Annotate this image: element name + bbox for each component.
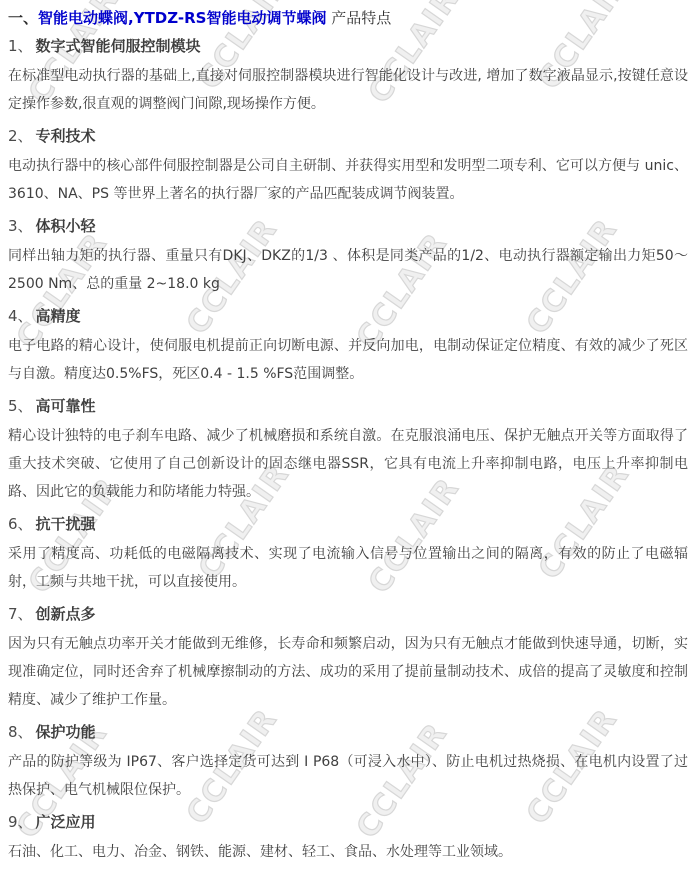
section-paragraph: 同样出轴力矩的执行器、重量只有DKJ、DKZ的1/3 、体积是同类产品的1/2、… <box>8 242 688 298</box>
section-heading: 8、保护功能 <box>8 722 688 742</box>
section-title: 创新点多 <box>36 605 96 623</box>
section-heading: 2、专利技术 <box>8 126 688 146</box>
feature-section: 7、创新点多 因为只有无触点功率开关才能做到无维修，长寿命和频繁启动，因为只有无… <box>8 604 688 714</box>
section-number: 8、 <box>8 723 33 741</box>
section-paragraph: 因为只有无触点功率开关才能做到无维修，长寿命和频繁启动，因为只有无触点才能做到快… <box>8 630 688 714</box>
section-number: 6、 <box>8 515 33 533</box>
feature-section: 2、专利技术 电动执行器中的核心部件伺服控制器是公司自主研制、并获得实用型和发明… <box>8 126 688 208</box>
section-number: 7、 <box>8 605 33 623</box>
section-title: 广泛应用 <box>36 813 96 831</box>
section-paragraph: 采用了精度高、功耗低的电磁隔离技术、实现了电流输入信号与位置输出之间的隔离，有效… <box>8 540 688 596</box>
page-title: 一、智能电动蝶阀,YTDZ-RS智能电动调节蝶阀 产品特点 <box>8 8 688 28</box>
section-heading: 6、抗干扰强 <box>8 514 688 534</box>
section-title: 专利技术 <box>36 127 96 145</box>
feature-section: 5、高可靠性 精心设计独特的电子刹车电路、减少了机械磨损和系统自激。在克服浪涌电… <box>8 396 688 506</box>
section-paragraph: 石油、化工、电力、冶金、钢铁、能源、建材、轻工、食品、水处理等工业领域。 <box>8 838 688 866</box>
section-heading: 4、高精度 <box>8 306 688 326</box>
section-title: 保护功能 <box>36 723 96 741</box>
feature-section: 4、高精度 电子电路的精心设计，使伺服电机提前正向切断电源、并反向加电，电制动保… <box>8 306 688 388</box>
section-heading: 9、广泛应用 <box>8 812 688 832</box>
feature-sections: 1、数字式智能伺服控制模块 在标准型电动执行器的基础上,直接对伺服控制器模块进行… <box>8 36 688 866</box>
section-title: 高可靠性 <box>36 397 96 415</box>
section-title: 抗干扰强 <box>36 515 96 533</box>
section-paragraph: 精心设计独特的电子刹车电路、减少了机械磨损和系统自激。在克服浪涌电压、保护无触点… <box>8 422 688 506</box>
section-title: 体积小轻 <box>36 217 96 235</box>
section-number: 5、 <box>8 397 33 415</box>
title-index: 一、 <box>8 9 38 27</box>
section-heading: 3、体积小轻 <box>8 216 688 236</box>
feature-section: 8、保护功能 产品的防护等级为 IP67、客户选择定货可达到 I P68（可浸入… <box>8 722 688 804</box>
section-title: 高精度 <box>36 307 81 325</box>
section-paragraph: 产品的防护等级为 IP67、客户选择定货可达到 I P68（可浸入水中）、防止电… <box>8 748 688 804</box>
title-product-link[interactable]: 智能电动蝶阀,YTDZ-RS智能电动调节蝶阀 <box>38 9 326 27</box>
section-number: 3、 <box>8 217 33 235</box>
section-heading: 7、创新点多 <box>8 604 688 624</box>
feature-section: 1、数字式智能伺服控制模块 在标准型电动执行器的基础上,直接对伺服控制器模块进行… <box>8 36 688 118</box>
document-body: 一、智能电动蝶阀,YTDZ-RS智能电动调节蝶阀 产品特点 1、数字式智能伺服控… <box>0 0 696 866</box>
section-heading: 1、数字式智能伺服控制模块 <box>8 36 688 56</box>
section-title: 数字式智能伺服控制模块 <box>36 37 201 55</box>
section-number: 4、 <box>8 307 33 325</box>
section-paragraph: 电动执行器中的核心部件伺服控制器是公司自主研制、并获得实用型和发明型二项专利、它… <box>8 152 688 208</box>
feature-section: 9、广泛应用 石油、化工、电力、冶金、钢铁、能源、建材、轻工、食品、水处理等工业… <box>8 812 688 866</box>
feature-section: 3、体积小轻 同样出轴力矩的执行器、重量只有DKJ、DKZ的1/3 、体积是同类… <box>8 216 688 298</box>
section-paragraph: 在标准型电动执行器的基础上,直接对伺服控制器模块进行智能化设计与改进, 增加了数… <box>8 62 688 118</box>
section-heading: 5、高可靠性 <box>8 396 688 416</box>
section-number: 2、 <box>8 127 33 145</box>
section-number: 9、 <box>8 813 33 831</box>
section-paragraph: 电子电路的精心设计，使伺服电机提前正向切断电源、并反向加电，电制动保证定位精度、… <box>8 332 688 388</box>
feature-section: 6、抗干扰强 采用了精度高、功耗低的电磁隔离技术、实现了电流输入信号与位置输出之… <box>8 514 688 596</box>
title-suffix: 产品特点 <box>326 9 391 27</box>
section-number: 1、 <box>8 37 33 55</box>
